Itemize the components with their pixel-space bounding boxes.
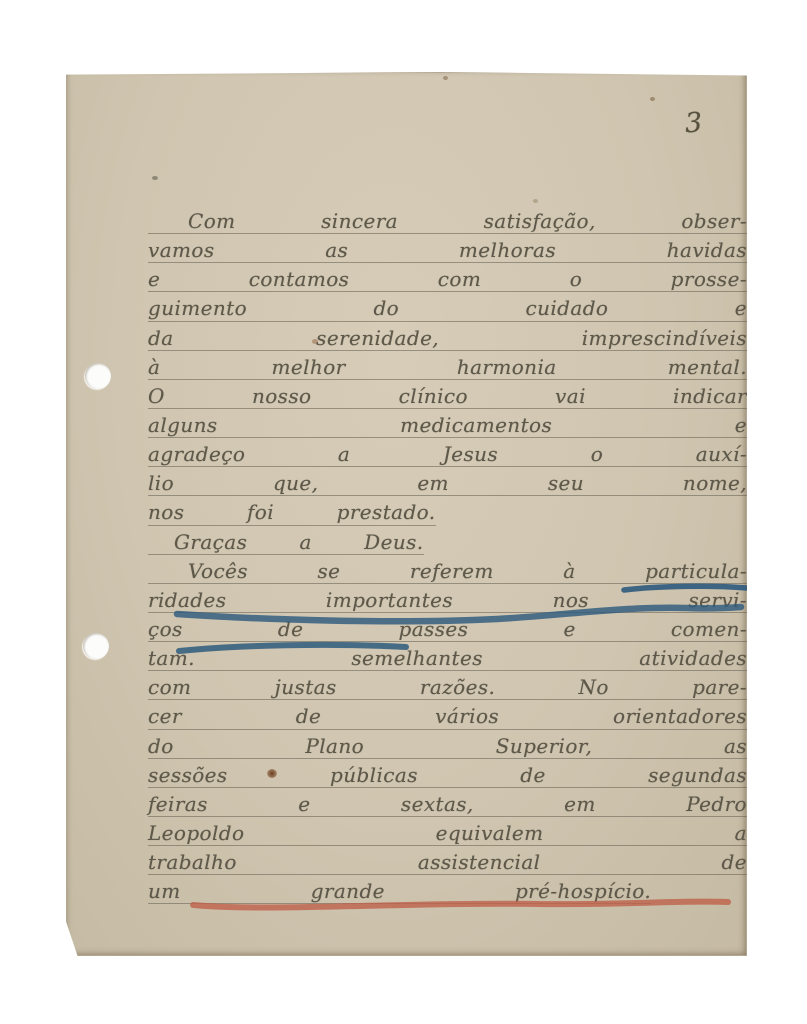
handwritten-line: sessões públicas de segundas (148, 759, 747, 788)
paper-stain (152, 176, 158, 180)
handwritten-line: alguns medicamentos e (148, 409, 747, 438)
handwritten-line: ridades importantes nos servi- (148, 584, 747, 613)
handwritten-line: e contamos com o prosse- (148, 263, 747, 292)
handwritten-line: cer de vários orientadores (148, 700, 747, 729)
page-number: 3 (684, 106, 726, 140)
handwritten-line: tam. semelhantes atividades (148, 642, 747, 671)
handwritten-line: à melhor harmonia mental. (148, 351, 747, 380)
scan-background: 3 Com sincera satisfação, obser-vamos as… (0, 0, 807, 1024)
paper-stain (443, 76, 448, 80)
handwritten-line: um grande pré-hospício. (148, 875, 651, 904)
handwritten-line: da serenidade, imprescindíveis (148, 322, 747, 351)
punch-hole-top (85, 363, 111, 389)
handwritten-line: Graças a Deus. (148, 526, 424, 555)
handwritten-line: guimento do cuidado e (148, 292, 747, 321)
handwritten-line: do Plano Superior, as (148, 730, 747, 759)
handwritten-line: lio que, em seu nome, (148, 467, 747, 496)
punch-hole-bottom (83, 633, 109, 659)
handwritten-line: trabalho assistencial de (148, 846, 747, 875)
manuscript-page: 3 Com sincera satisfação, obser-vamos as… (66, 72, 747, 956)
handwritten-line: ços de passes e comen- (148, 613, 747, 642)
handwritten-line: nos foi prestado. (148, 496, 436, 525)
handwritten-line: Com sincera satisfação, obser- (148, 205, 747, 234)
handwritten-line: Leopoldo equivalem a (148, 817, 747, 846)
handwritten-line: agradeço a Jesus o auxí- (148, 438, 747, 467)
handwritten-line: feiras e sextas, em Pedro (148, 788, 747, 817)
handwritten-line: O nosso clínico vai indicar (148, 380, 747, 409)
paper-stain (650, 97, 655, 101)
paper-stain (533, 199, 538, 203)
handwritten-line: vamos as melhoras havidas (148, 234, 747, 263)
handwriting-block: Com sincera satisfação, obser-vamos as m… (148, 205, 747, 904)
handwritten-line: Vocês se referem à particula- (148, 555, 747, 584)
handwritten-line: com justas razões. No pare- (148, 671, 747, 700)
